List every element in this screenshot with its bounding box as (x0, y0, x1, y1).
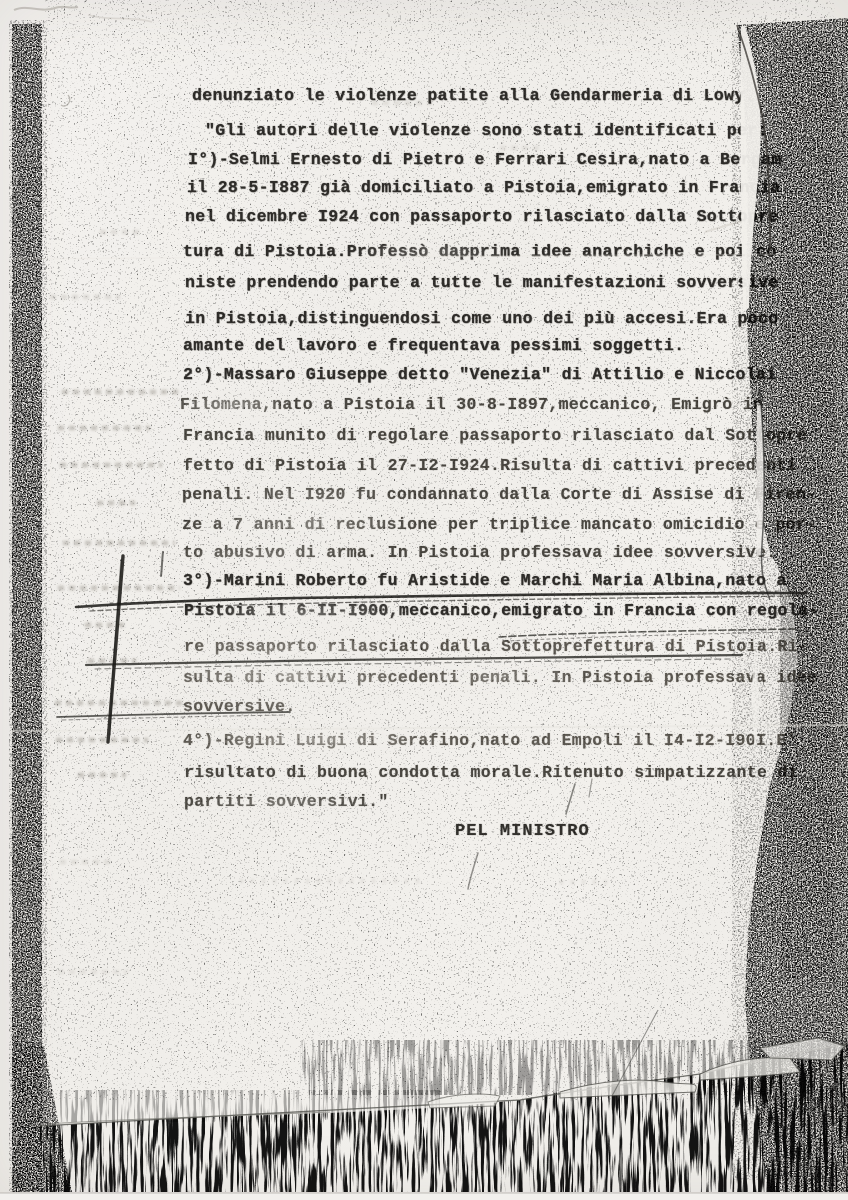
typewritten-line: fetto di Pistoia il 27-I2-I924.Risulta d… (183, 456, 797, 476)
typewritten-line: il 28-5-I887 già domiciliato a Pistoia,e… (187, 178, 780, 198)
typewritten-line: Francia munito di regolare passaporto ri… (183, 426, 807, 446)
scanned-document-page: denunziato le violenze patite alla Genda… (0, 0, 848, 1200)
typewritten-line: re passaporto rilasciato dalla Sottopref… (184, 637, 808, 657)
closing-signature-line: PEL MINISTRO (455, 822, 590, 842)
typewritten-line: 2°)-Massaro Giuseppe detto "Venezia" di … (183, 365, 776, 385)
typewritten-line: "Gli autori delle violenze sono stati id… (205, 121, 768, 141)
typewritten-line: I°)-Selmi Ernesto di Pietro e Ferrari Ce… (188, 150, 781, 170)
typewritten-line: Filomena,nato a Pistoia il 30-8-I897,mec… (180, 395, 763, 415)
typewritten-line: nel dicembre I924 con passaporto rilasci… (185, 207, 778, 227)
typewritten-line: Pistoia il 6-II-I900,meccanico,emigrato … (184, 601, 818, 621)
typewritten-line: tura di Pistoia.Professò dapprima idee a… (183, 242, 776, 262)
typewritten-line: partiti sovversivi." (184, 792, 389, 812)
typewritten-line: 3°)-Marini Roberto fu Aristide e Marchi … (183, 571, 787, 591)
typewritten-line: in Pistoia,distinguendosi come uno dei p… (185, 309, 778, 329)
typewritten-text-block: denunziato le violenze patite alla Genda… (0, 0, 848, 1200)
typewritten-line: sovversive. (183, 697, 296, 717)
typewritten-line: penali. Nel I920 fu condannato dalla Cor… (182, 485, 816, 505)
typewritten-line: 4°)-Regini Luigi di Serafino,nato ad Emp… (183, 731, 797, 751)
typewritten-line: risultato di buona condotta morale.Riten… (184, 763, 798, 783)
typewritten-line: niste prendendo parte a tutte le manifes… (185, 273, 778, 293)
typewritten-line: denunziato le violenze patite alla Genda… (192, 86, 755, 106)
typewritten-line: sulta di cattivi precedenti penali. In P… (183, 668, 817, 688)
typewritten-line: to abusivo di arma. In Pistoia professav… (183, 543, 776, 563)
typewritten-line: ze a 7 anni di reclusione per triplice m… (182, 515, 816, 535)
typewritten-line: amante del lavoro e frequentava pessimi … (183, 336, 684, 356)
